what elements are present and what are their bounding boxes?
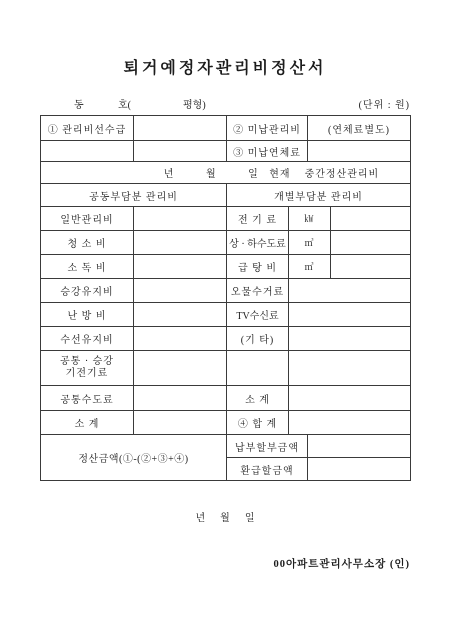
- amount-payable-value-cell: [308, 435, 411, 458]
- elevator-maint-fee-value-cell: [134, 279, 227, 303]
- waste-collection-fee-label: 오물수거료: [227, 279, 289, 303]
- cleaning-fee-label: 청 소 비: [41, 231, 134, 255]
- table-row: 소 계 ④ 합 계: [41, 411, 411, 435]
- water-sewage-fee-value-cell: [331, 231, 411, 255]
- common-charges-header: 공동부담분 관리비: [41, 184, 227, 207]
- amount-payable-label: 납부할부금액: [227, 435, 308, 458]
- empty-cell: [134, 141, 227, 162]
- tv-license-fee-value-cell: [289, 303, 411, 327]
- cleaning-fee-value-cell: [134, 231, 227, 255]
- disinfection-fee-label: 소 독 비: [41, 255, 134, 279]
- dong-label: 동: [74, 96, 84, 111]
- other-fee-label: (기 타): [227, 327, 289, 351]
- tv-license-fee-label: TV수신료: [227, 303, 289, 327]
- empty-cell: [227, 351, 289, 386]
- table-row: 수선유지비 (기 타): [41, 327, 411, 351]
- ho-label: 호(: [118, 96, 131, 111]
- electricity-fee-value-cell: [331, 207, 411, 231]
- waste-collection-fee-value-cell: [289, 279, 411, 303]
- grand-total-value-cell: [289, 411, 411, 435]
- table-row: 년 월 일 현재 중간정산관리비: [41, 162, 411, 184]
- repair-maint-fee-value-cell: [134, 327, 227, 351]
- common-elevator-electricity-label: 공통 · 승강 기전기료: [41, 351, 134, 386]
- empty-cell: [41, 141, 134, 162]
- hot-water-unit-label: ㎥: [289, 255, 331, 279]
- hot-water-fee-label: 급 탕 비: [227, 255, 289, 279]
- common-elevator-electricity-value-cell: [134, 351, 227, 386]
- interim-settlement-date-row: 년 월 일 현재 중간정산관리비: [41, 162, 411, 184]
- empty-cell: [289, 351, 411, 386]
- water-sewage-unit-label: ㎥: [289, 231, 331, 255]
- prepaid-mgmt-fee-label: ① 관리비선수급: [41, 116, 134, 141]
- common-water-fee-label: 공통수도료: [41, 386, 134, 411]
- table-row: 소 독 비 급 탕 비 ㎥: [41, 255, 411, 279]
- disinfection-fee-value-cell: [134, 255, 227, 279]
- prepaid-mgmt-fee-value-cell: [134, 116, 227, 141]
- building-unit-line: 동 호( 평형) (단위 : 원): [40, 96, 410, 110]
- unpaid-mgmt-fee-label: ② 미납관리비: [227, 116, 308, 141]
- table-row: 정산금액(①-(②+③+④) 납부할부금액: [41, 435, 411, 458]
- general-mgmt-fee-value-cell: [134, 207, 227, 231]
- table-row: 공통수도료 소 계: [41, 386, 411, 411]
- grand-total-label: ④ 합 계: [227, 411, 289, 435]
- other-fee-value-cell: [289, 327, 411, 351]
- common-elevator-electricity-line1: 공통 · 승강: [41, 356, 133, 369]
- electricity-fee-label: 전 기 료: [227, 207, 289, 231]
- individual-charges-header: 개별부담분 관리비: [227, 184, 411, 207]
- individual-subtotal-value-cell: [289, 386, 411, 411]
- table-row: 일반관리비 전 기 료 ㎾: [41, 207, 411, 231]
- page-title: 퇴거예정자관리비정산서: [0, 55, 450, 78]
- table-row: 난 방 비 TV수신료: [41, 303, 411, 327]
- common-elevator-electricity-line2: 기전기료: [41, 368, 133, 381]
- heating-fee-value-cell: [134, 303, 227, 327]
- unpaid-late-fee-value-cell: [308, 141, 411, 162]
- late-fee-separate-note: (연체료별도): [308, 116, 411, 141]
- table-row: ③ 미납연체료: [41, 141, 411, 162]
- individual-subtotal-label: 소 계: [227, 386, 289, 411]
- table-row: 청 소 비 상 · 하수도료 ㎥: [41, 231, 411, 255]
- pyeong-label: 평형): [183, 96, 206, 111]
- settlement-table: ① 관리비선수급 ② 미납관리비 (연체료별도) ③ 미납연체료 년 월 일 현…: [40, 115, 411, 481]
- elevator-maint-fee-label: 승강유지비: [41, 279, 134, 303]
- common-subtotal-label: 소 계: [41, 411, 134, 435]
- common-water-fee-value-cell: [134, 386, 227, 411]
- general-mgmt-fee-label: 일반관리비: [41, 207, 134, 231]
- repair-maint-fee-label: 수선유지비: [41, 327, 134, 351]
- hot-water-fee-value-cell: [331, 255, 411, 279]
- currency-unit-note: (단위 : 원): [359, 96, 410, 111]
- electricity-unit-label: ㎾: [289, 207, 331, 231]
- table-row: 공통 · 승강 기전기료: [41, 351, 411, 386]
- issue-date-line: 년 월 일: [0, 509, 450, 524]
- settlement-form-page: 퇴거예정자관리비정산서 동 호( 평형) (단위 : 원) ① 관리비선수급 ②…: [0, 0, 450, 636]
- settlement-amount-formula: 정산금액(①-(②+③+④): [41, 435, 227, 481]
- office-manager-signature-line: 00아파트관리사무소장 (인): [40, 556, 410, 571]
- common-subtotal-value-cell: [134, 411, 227, 435]
- heating-fee-label: 난 방 비: [41, 303, 134, 327]
- table-row: 승강유지비 오물수거료: [41, 279, 411, 303]
- amount-refundable-value-cell: [308, 458, 411, 481]
- unpaid-late-fee-label: ③ 미납연체료: [227, 141, 308, 162]
- water-sewage-fee-label: 상 · 하수도료: [227, 231, 289, 255]
- amount-refundable-label: 환급할금액: [227, 458, 308, 481]
- table-row: 공동부담분 관리비 개별부담분 관리비: [41, 184, 411, 207]
- table-row: ① 관리비선수급 ② 미납관리비 (연체료별도): [41, 116, 411, 141]
